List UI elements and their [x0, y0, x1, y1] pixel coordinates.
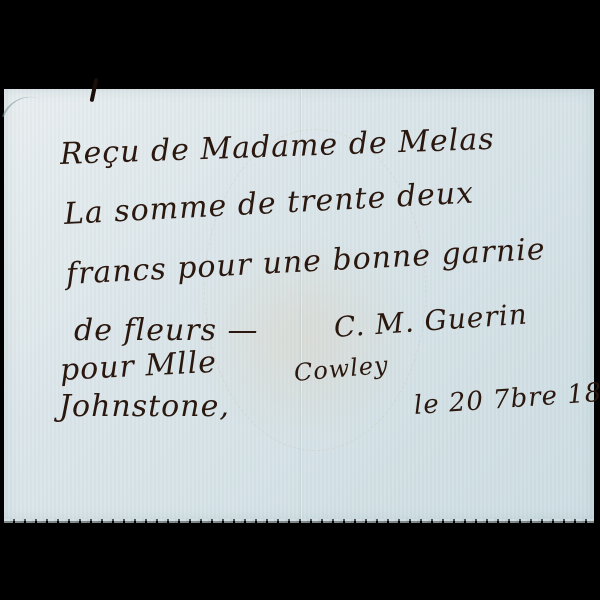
receipt-date: le 20 7bre 1827	[413, 375, 600, 421]
receipt-line-for: pour Mlle	[59, 345, 218, 388]
corner-crease	[2, 88, 42, 127]
torn-bottom-edge	[4, 519, 594, 523]
receipt-paper: Reçu de Madame de Melas La somme de tren…	[4, 89, 594, 521]
receipt-line-recipient: Johnstone,	[59, 389, 230, 424]
receipt-line-flowers: de fleurs —	[74, 313, 259, 348]
watermark	[204, 129, 426, 451]
